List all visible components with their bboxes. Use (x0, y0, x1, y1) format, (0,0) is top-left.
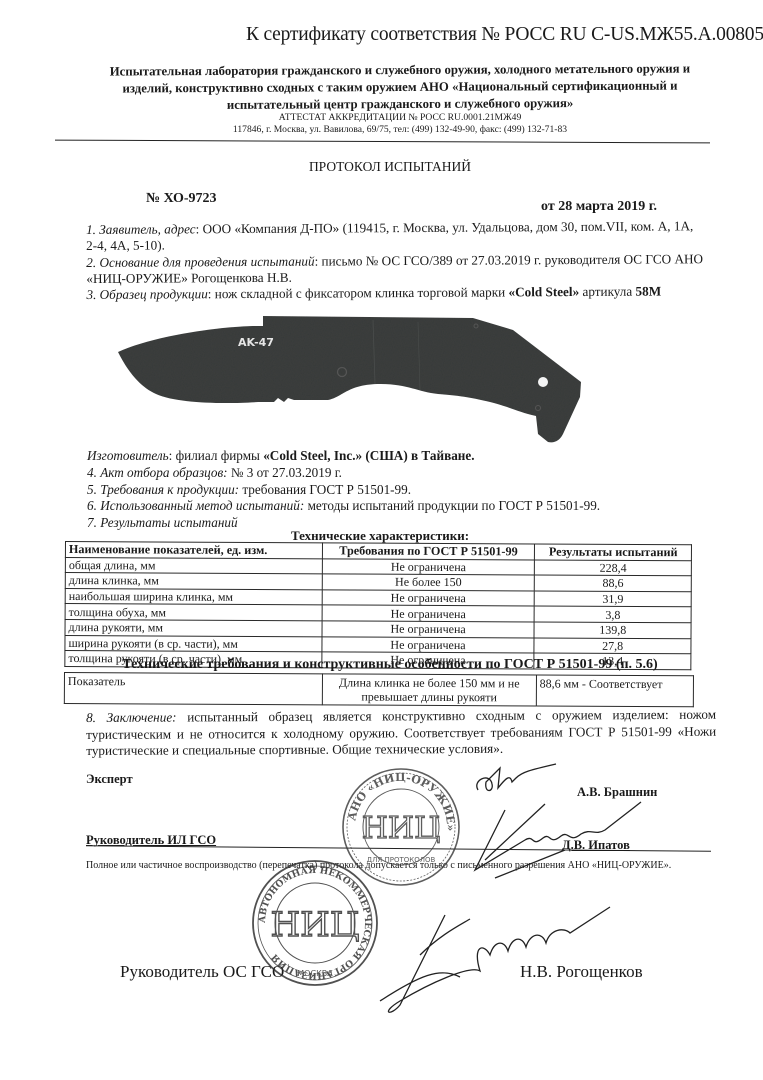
lab-address: 117846, г. Москва, ул. Вавилова, 69/75, … (105, 124, 695, 136)
column-header: Результаты испытаний (535, 544, 692, 560)
section-applicant: 1. Заявитель, адрес: ООО «Компания Д-ПО»… (86, 218, 706, 254)
protocol-title: ПРОТОКОЛ ИСПЫТАНИЙ (80, 159, 700, 175)
table-row: Показатель Длина клинка не более 150 мм … (64, 673, 693, 707)
specs-table: Наименование показателей, ед. изм. Требо… (64, 541, 692, 670)
stamp-emblem: НИЦ (271, 905, 360, 945)
column-header: Требования по ГОСТ Р 51501-99 (322, 543, 535, 560)
knife-icon (118, 316, 581, 442)
result-cell: 88,6 мм - Соответствует (536, 675, 693, 707)
result-cell: 228,4 (535, 560, 692, 576)
protocol-sections-1-3: 1. Заявитель, адрес: ООО «Компания Д-ПО»… (86, 218, 706, 303)
indicator-cell: толщина обуха, мм (65, 604, 322, 621)
indicator-cell: ширина рукояти (в ср. части), мм (65, 635, 322, 652)
knife-marking: AK-47 (238, 336, 274, 349)
section-manufacturer: Изготовитель: филиал фирмы «Cold Steel, … (87, 448, 707, 465)
requirements-table: Показатель Длина клинка не более 150 мм … (64, 672, 694, 707)
indicator-cell: длина клинка, мм (65, 573, 322, 590)
accreditation-block: АТТЕСТАТ АККРЕДИТАЦИИ № РОСС RU.0001.21М… (105, 112, 695, 136)
requirement-cell: Не ограничена (322, 621, 535, 638)
result-cell: 3,8 (535, 606, 692, 622)
svg-text:МОСКВА: МОСКВА (297, 969, 333, 978)
requirements-table-caption: Технические требования и конструктивные … (60, 657, 720, 673)
result-cell: 88,6 (535, 575, 692, 591)
laboratory-header: Испытательная лаборатория гражданского и… (105, 60, 695, 114)
accreditation-number: АТТЕСТАТ АККРЕДИТАЦИИ № РОСС RU.0001.21М… (105, 112, 695, 124)
indicator-cell: наибольшая ширина клинка, мм (65, 588, 322, 605)
requirement-cell: Не ограничена (322, 636, 535, 653)
conclusion: 8. Заключение: испытанный образец являет… (86, 707, 716, 760)
indicator-cell: Показатель (64, 673, 322, 705)
requirement-cell: Длина клинка не более 150 мм и не превыш… (322, 674, 536, 706)
section-method: 6. Использованный метод испытаний: метод… (87, 498, 707, 515)
section-basis: 2. Основание для проведения испытаний: п… (86, 251, 706, 287)
column-header: Наименование показателей, ед. изм. (65, 542, 322, 559)
expert-label: Эксперт (86, 772, 133, 787)
header-divider (55, 140, 710, 144)
result-cell: 139,8 (534, 622, 691, 638)
section-sample: 3. Образец продукции: нож складной с фик… (86, 283, 706, 303)
requirement-cell: Не ограничена (322, 605, 535, 622)
stamp-emblem: НИЦ (362, 811, 441, 846)
section-label: 1. Заявитель, адрес (86, 221, 196, 237)
certificate-reference: К сертификату соответствия № РОСС RU C-U… (246, 24, 763, 46)
head-os-signature-icon (360, 905, 620, 1025)
section-sampling-act: 4. Акт отбора образцов: № 3 от 27.03.201… (87, 465, 707, 482)
knife-photo: AK-47 (118, 312, 683, 452)
protocol-sections-4-7: Изготовитель: филиал фирмы «Cold Steel, … (87, 448, 707, 532)
section-label: 2. Основание для проведения испытаний (86, 253, 314, 269)
head-il-signature-icon (465, 790, 645, 880)
requirement-cell: Не более 150 (322, 574, 535, 591)
conclusion-text: испытанный образец является конструктивн… (86, 707, 716, 758)
section-label: 3. Образец продукции (86, 286, 207, 302)
protocol-date: от 28 марта 2019 г. (541, 199, 657, 215)
result-cell: 27,8 (534, 638, 691, 654)
protocol-number: № ХО-9723 (146, 191, 217, 207)
indicator-cell: длина рукояти, мм (65, 619, 322, 636)
indicator-cell: общая длина, мм (65, 557, 322, 574)
result-cell: 31,9 (535, 591, 692, 607)
requirement-cell: Не ограничена (322, 590, 535, 607)
conclusion-label: 8. Заключение: (86, 710, 177, 725)
requirement-cell: Не ограничена (322, 558, 535, 575)
section-requirements: 5. Требования к продукции: требования ГО… (87, 482, 707, 499)
